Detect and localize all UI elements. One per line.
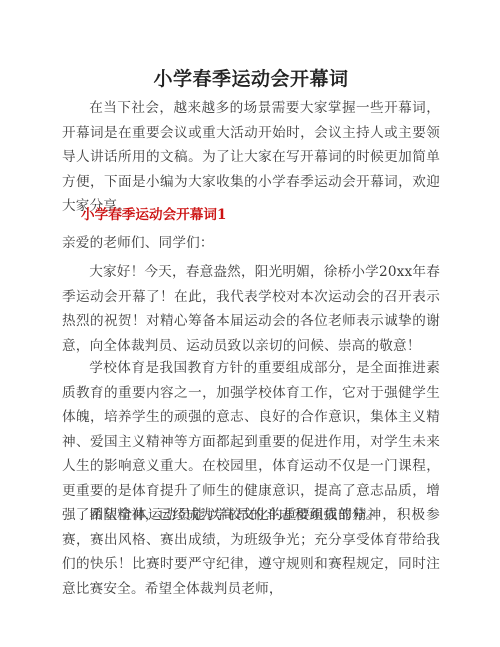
section-heading: 小学春季运动会开幕词1 [62, 203, 440, 227]
greeting-line: 亲爱的老师们、同学们： [62, 231, 440, 256]
body-paragraph-2: 学校体育是我国教育方针的重要组成部分，是全面推进素质教育的重要内容之一，加强学校… [62, 356, 440, 528]
intro-paragraph: 在当下社会，越来越多的场景需要大家掌握一些开幕词，开幕词是在重要会议或重大活动开… [62, 96, 440, 219]
body-paragraph-1: 大家好！今天，春意盎然，阳光明媚，徐桥小学20xx年春季运动会开幕了！在此，我代… [62, 260, 440, 358]
document-title: 小学春季运动会开幕词 [62, 64, 440, 91]
body-paragraph-3: 希望全体运动员能以高昂的斗志和顽强的精神，积极参赛，赛出风格、赛出成绩，为班级争… [62, 503, 440, 601]
